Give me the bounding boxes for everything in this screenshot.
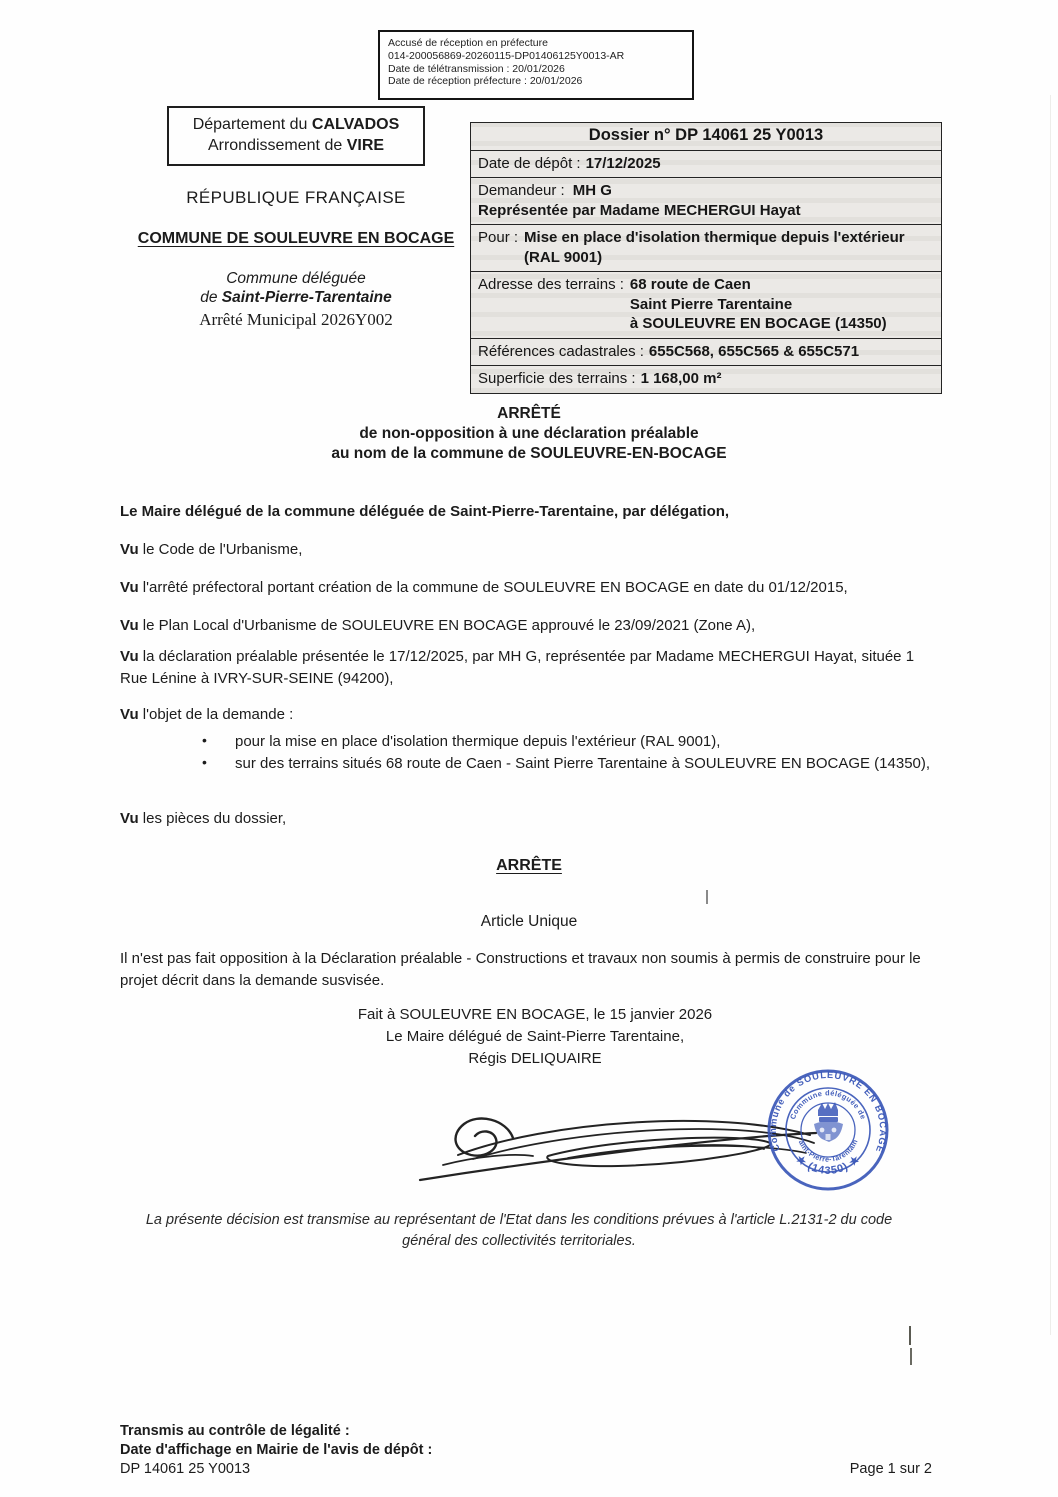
vu-prefix: Vu xyxy=(120,541,139,558)
arrondissement-line: Arrondissement de VIRE xyxy=(173,135,419,156)
vu-text: le Plan Local d'Urbanisme de SOULEUVRE E… xyxy=(139,617,756,634)
paragraph-vu-1: Vu le Code de l'Urbanisme, xyxy=(120,539,940,561)
department-box: Département du CALVADOS Arrondissement d… xyxy=(167,106,425,166)
department-label: Département du xyxy=(193,116,308,133)
article-unique-text: Il n'est pas fait opposition à la Déclar… xyxy=(120,948,942,992)
article-unique-title: Article Unique xyxy=(0,913,1058,931)
vu-text: l'arrêté préfectoral portant création de… xyxy=(139,579,848,596)
arrondissement-value: VIRE xyxy=(347,137,384,154)
stamp-line: 014-200056869-20260115-DP01406125Y0013-A… xyxy=(388,50,684,63)
deleguee-prefix: de xyxy=(200,289,217,306)
row-superficie: Superficie des terrains :1 168,00 m² xyxy=(471,365,941,393)
arrete-subtitle-1: de non-opposition à une déclaration préa… xyxy=(0,424,1058,444)
arrondissement-label: Arrondissement de xyxy=(208,137,342,154)
demandeur-line2: Représentée par Madame MECHERGUI Hayat xyxy=(478,201,934,221)
adresse-value: 68 route de Caen Saint Pierre Tarentaine… xyxy=(630,275,887,334)
arrete-title: ARRÊTÉ xyxy=(0,404,1058,424)
demandeur-label: Demandeur : xyxy=(478,182,565,199)
footer-affichage-mairie: Date d'affichage en Mairie de l'avis de … xyxy=(120,1441,932,1460)
demandeur-value: MH G xyxy=(573,182,612,199)
adresse-line1: 68 route de Caen xyxy=(630,275,887,295)
paragraph-vu-4: Vu la déclaration préalable présentée le… xyxy=(120,646,940,689)
handwritten-signature xyxy=(418,1093,818,1193)
transmission-note: La présente décision est transmise au re… xyxy=(124,1210,914,1252)
vu-prefix: Vu xyxy=(120,617,139,634)
scan-artifact-line xyxy=(706,890,708,904)
dossier-table: Dossier n° DP 14061 25 Y0013 Date de dép… xyxy=(470,122,942,394)
vu-text: l'objet de la demande : xyxy=(139,706,294,723)
signature-function: Le Maire délégué de Saint-Pierre Tarenta… xyxy=(120,1026,950,1048)
adresse-line3: à SOULEUVRE EN BOCAGE (14350) xyxy=(630,314,887,334)
arrete-title-block: ARRÊTÉ de non-opposition à une déclarati… xyxy=(0,404,1058,464)
prefecture-reception-stamp: Accusé de réception en préfecture 014-20… xyxy=(378,30,694,100)
department-value: CALVADOS xyxy=(312,116,399,133)
paragraph-vu-3: Vu le Plan Local d'Urbanisme de SOULEUVR… xyxy=(120,615,940,637)
vu-prefix: Vu xyxy=(120,706,139,723)
header-left: Département du CALVADOS Arrondissement d… xyxy=(120,106,472,330)
demandeur-line1: Demandeur :MH G xyxy=(478,181,934,201)
vu-text: la déclaration préalable présentée le 17… xyxy=(120,648,914,687)
commune-deleguee-line1: Commune déléguée xyxy=(120,269,472,288)
stamp-line: Date de réception préfecture : 20/01/202… xyxy=(388,75,684,88)
pour-label: Pour : xyxy=(478,228,518,248)
vu-prefix: Vu xyxy=(120,579,139,596)
scan-artifact-line xyxy=(910,1348,912,1365)
paragraph-vu-6: Vu les pièces du dossier, xyxy=(120,808,940,830)
vu-text: les pièces du dossier, xyxy=(139,810,287,827)
stamp-line: Date de télétransmission : 20/01/2026 xyxy=(388,63,684,76)
dossier-number: Dossier n° DP 14061 25 Y0013 xyxy=(471,123,941,150)
row-references: Références cadastrales :655C568, 655C565… xyxy=(471,338,941,366)
bullet-text: sur des terrains situés 68 route de Caen… xyxy=(235,755,930,772)
bullet-icon: • xyxy=(202,730,207,752)
vu-prefix: Vu xyxy=(120,648,139,665)
paragraph-vu-5: Vu l'objet de la demande : xyxy=(120,704,940,726)
footer-ref-row: DP 14061 25 Y0013 Page 1 sur 2 xyxy=(120,1460,932,1479)
superficie-label: Superficie des terrains : xyxy=(478,370,636,387)
date-depot-label: Date de dépôt : xyxy=(478,155,581,172)
footer-controle-legalite: Transmis au contrôle de légalité : xyxy=(120,1422,932,1441)
references-label: Références cadastrales : xyxy=(478,343,644,360)
arrete-municipal-ref: Arrêté Municipal 2026Y002 xyxy=(120,310,472,330)
vu-prefix: Vu xyxy=(120,810,139,827)
arrete-subtitle-2: au nom de la commune de SOULEUVRE-EN-BOC… xyxy=(0,444,1058,464)
bullet-item-1: •pour la mise en place d'isolation therm… xyxy=(120,731,940,753)
scan-edge-line xyxy=(1050,95,1051,1335)
row-adresse: Adresse des terrains : 68 route de Caen … xyxy=(471,271,941,338)
arrete-decision-title: ARRÊTE xyxy=(0,857,1058,875)
pour-value: Mise en place d'isolation thermique depu… xyxy=(524,228,905,267)
bullet-item-2: •sur des terrains situés 68 route de Cae… xyxy=(120,753,940,775)
bullet-icon: • xyxy=(202,752,207,774)
date-depot-value: 17/12/2025 xyxy=(586,155,661,172)
scan-artifact-line xyxy=(909,1326,911,1345)
paragraph-intro: Le Maire délégué de la commune déléguée … xyxy=(120,501,940,523)
document-page: Accusé de réception en préfecture 014-20… xyxy=(0,0,1058,1497)
row-pour: Pour : Mise en place d'isolation thermiq… xyxy=(471,224,941,271)
references-value: 655C568, 655C565 & 655C571 xyxy=(649,343,859,360)
department-line: Département du CALVADOS xyxy=(173,114,419,135)
deleguee-name: Saint-Pierre-Tarentaine xyxy=(222,289,392,306)
signature-block: Fait à SOULEUVRE EN BOCAGE, le 15 janvie… xyxy=(120,1004,950,1070)
adresse-line2: Saint Pierre Tarentaine xyxy=(630,295,887,315)
footer: Transmis au contrôle de légalité : Date … xyxy=(120,1422,932,1479)
pour-value-line1: Mise en place d'isolation thermique depu… xyxy=(524,228,905,248)
commune-deleguee-line2: de Saint-Pierre-Tarentaine xyxy=(120,288,472,307)
commune-title: COMMUNE DE SOULEUVRE EN BOCAGE xyxy=(120,230,472,248)
republique-title: RÉPUBLIQUE FRANÇAISE xyxy=(120,188,472,208)
row-demandeur: Demandeur :MH G Représentée par Madame M… xyxy=(471,177,941,224)
paragraph-vu-2: Vu l'arrêté préfectoral portant création… xyxy=(120,577,940,599)
footer-dossier-ref: DP 14061 25 Y0013 xyxy=(120,1460,250,1479)
pour-value-line2: (RAL 9001) xyxy=(524,248,905,268)
commune-seal: Commune de SOULEUVRE EN BOCAGE ★ (14350)… xyxy=(764,1066,892,1194)
superficie-value: 1 168,00 m² xyxy=(641,370,722,387)
footer-page-number: Page 1 sur 2 xyxy=(850,1460,932,1479)
vu-text: le Code de l'Urbanisme, xyxy=(139,541,303,558)
bullet-text: pour la mise en place d'isolation thermi… xyxy=(235,733,720,750)
row-date-depot: Date de dépôt :17/12/2025 xyxy=(471,150,941,178)
seal-coat-of-arms xyxy=(814,1102,843,1142)
stamp-line: Accusé de réception en préfecture xyxy=(388,37,684,50)
signature-place-date: Fait à SOULEUVRE EN BOCAGE, le 15 janvie… xyxy=(120,1004,950,1026)
adresse-label: Adresse des terrains : xyxy=(478,275,624,295)
